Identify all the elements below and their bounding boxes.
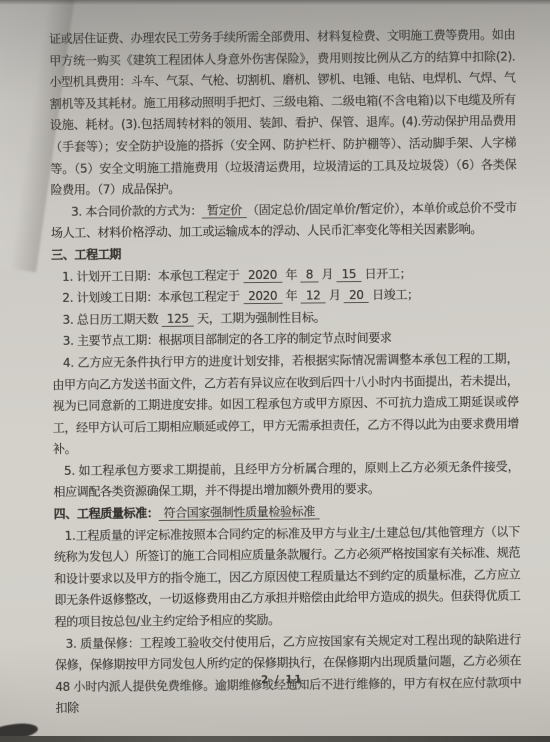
filled-blank: 暂定价: [202, 203, 247, 218]
photo-bottom-edge: [0, 736, 550, 742]
text-run: 三、工程工期: [51, 247, 121, 262]
text-run: 天，工期为强制性目标。: [194, 310, 326, 325]
text-run: 2. 计划竣工日期：本承包工程定于: [62, 289, 243, 305]
text-run: 日竣工；: [369, 288, 419, 302]
filled-blank: 8: [301, 267, 318, 282]
filled-blank: 15: [336, 267, 361, 282]
filled-blank: 12: [301, 288, 326, 303]
contract-price-clause: 3. 本合同价款的方式为：暂定价（固定总价/固定单价/暂定价），本单价或总价不受…: [51, 197, 517, 245]
text-run: 5. 如工程承包方要求工期提前，且经甲方分析属合理的，原则上乙方必须无条件接受，…: [53, 459, 519, 499]
filled-blank: 20: [344, 288, 369, 303]
page-number: 2 / 11: [261, 674, 303, 686]
document-photo: 证或居住证费、办理农民工劳务手续所需全部费用、材料复检费、文明施工费等费用。如由…: [0, 0, 550, 742]
text-run: 月: [325, 288, 344, 302]
photo-top-shadow: [0, 0, 550, 5]
text-run: 3. 总日历工期天数: [63, 312, 162, 327]
text-run: 4. 乙方应无条件执行甲方的进度计划安排，若根据实际情况需调整本承包工程的工期，…: [52, 351, 519, 456]
quality-assessment-clause: 1.工程质量的评定标准按照本合同约定的标准及甲方与业主/土建总包/其他管理方（以…: [54, 521, 521, 633]
text-run: 证或居住证费、办理农民工劳务手续所需全部费用、材料复检费、文明施工费等费用。如由…: [49, 28, 516, 198]
text-run: 月: [318, 267, 337, 281]
schedule-advance-clause: 5. 如工程承包方要求工期提前，且经甲方分析属合理的，原则上乙方必须无条件接受，…: [53, 456, 519, 504]
filled-blank: 125: [162, 311, 194, 326]
fees-continuation-paragraph: 证或居住证费、办理农民工劳务手续所需全部费用、材料复检费、文明施工费等费用。如由…: [49, 25, 517, 202]
text-run: 年: [282, 267, 301, 281]
text-run: 四、工程质量标准：: [54, 506, 159, 521]
text-run: 1.工程质量的评定标准按照本合同约定的标准及甲方与业主/土建总包/其他管理方（以…: [54, 524, 521, 629]
text-run: 1. 计划开工日期：本承包工程定于: [62, 268, 243, 284]
text-run: 3. 主要节点工期：根据项目部制定的各工序的制定节点时间要求: [63, 331, 392, 348]
schedule-adjustment-clause: 4. 乙方应无条件执行甲方的进度计划安排，若根据实际情况需调整本承包工程的工期，…: [52, 348, 519, 460]
text-run: 日开工；: [361, 266, 411, 280]
filled-blank: 符合国家强制性质量检验标准: [158, 504, 320, 521]
filled-blank: 2020: [243, 289, 282, 304]
filled-blank: 2020: [243, 267, 282, 282]
text-run: 3. 本合同价款的方式为：: [71, 203, 202, 218]
document-text: 证或居住证费、办理农民工劳务手续所需全部费用、材料复检费、文明施工费等费用。如由…: [49, 25, 522, 720]
text-run: 年: [282, 289, 301, 303]
